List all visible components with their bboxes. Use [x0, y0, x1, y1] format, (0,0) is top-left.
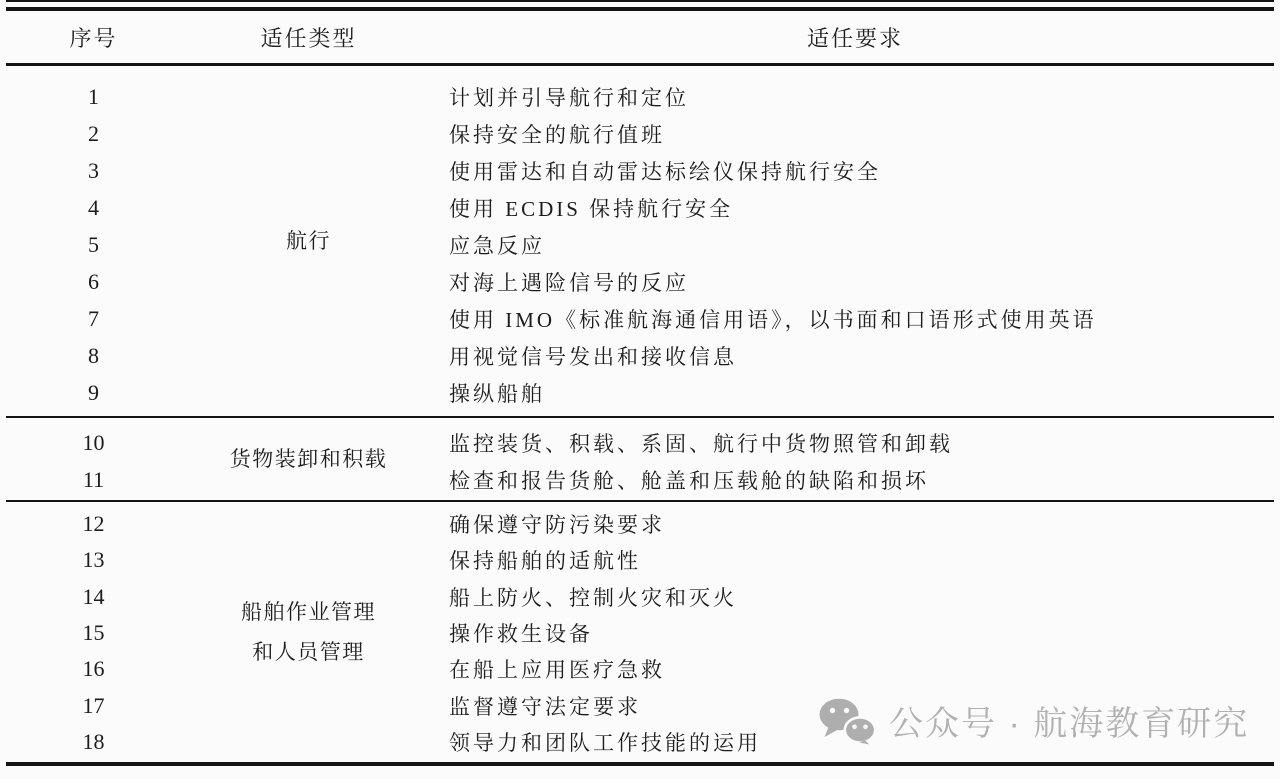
- serial-number-cell: 13: [6, 542, 181, 578]
- serial-number-cell: 17: [6, 687, 181, 723]
- serial-number-cell: 12: [6, 506, 181, 542]
- requirement-cell: 操作救生设备: [436, 615, 1274, 651]
- serial-number-cell: 8: [6, 338, 181, 375]
- serial-number-cell: 7: [6, 301, 181, 338]
- requirement-column: 计划并引导航行和定位保持安全的航行值班使用雷达和自动雷达标绘仪保持航行安全使用 …: [436, 66, 1274, 416]
- requirement-cell: 操纵船舶: [436, 375, 1274, 412]
- requirement-cell: 计划并引导航行和定位: [436, 78, 1274, 115]
- wechat-icon: [818, 697, 876, 745]
- table-section: 1011货物装卸和积载监控装货、积载、系固、航行中货物照管和卸载检查和报告货舱、…: [6, 418, 1274, 500]
- header-serial-number: 序号: [6, 22, 181, 53]
- requirement-cell: 对海上遇险信号的反应: [436, 264, 1274, 301]
- serial-number-cell: 2: [6, 115, 181, 152]
- header-competency-type: 适任类型: [181, 22, 436, 53]
- requirement-cell: 确保遵守防污染要求: [436, 506, 1274, 542]
- requirement-cell: 保持安全的航行值班: [436, 115, 1274, 152]
- requirement-cell: 监控装货、积载、系固、航行中货物照管和卸载: [436, 424, 1274, 461]
- serial-number-cell: 4: [6, 189, 181, 226]
- table-header-row: 序号 适任类型 适任要求: [6, 11, 1274, 63]
- serial-number-column: 1011: [6, 418, 181, 500]
- competency-type-line: 货物装卸和积载: [230, 439, 388, 479]
- watermark-text: 公众号 · 航海教育研究: [889, 696, 1249, 745]
- competency-type-line: 和人员管理: [252, 632, 365, 672]
- header-competency-requirement: 适任要求: [436, 22, 1274, 53]
- serial-number-cell: 6: [6, 264, 181, 301]
- serial-number-cell: 9: [6, 375, 181, 412]
- competency-type-cell: 货物装卸和积载: [181, 418, 436, 500]
- serial-number-column: 123456789: [6, 66, 181, 416]
- competency-type-cell: 航行: [181, 66, 436, 416]
- table-bottom-rule: [6, 762, 1274, 766]
- serial-number-column: 12131415161718: [6, 502, 181, 762]
- competency-type-cell: 船舶作业管理和人员管理: [181, 502, 436, 762]
- serial-number-cell: 18: [6, 724, 181, 760]
- competency-type-line: 船舶作业管理: [241, 592, 376, 632]
- competency-table: 序号 适任类型 适任要求 123456789航行计划并引导航行和定位保持安全的航…: [6, 0, 1274, 766]
- requirement-column: 监控装货、积载、系固、航行中货物照管和卸载检查和报告货舱、舱盖和压载舱的缺陷和损…: [436, 418, 1274, 500]
- table-body: 123456789航行计划并引导航行和定位保持安全的航行值班使用雷达和自动雷达标…: [6, 66, 1274, 762]
- serial-number-cell: 11: [6, 461, 181, 498]
- watermark: 公众号 · 航海教育研究: [818, 696, 1249, 745]
- requirement-cell: 检查和报告货舱、舱盖和压载舱的缺陷和损坏: [436, 461, 1274, 498]
- table-section: 123456789航行计划并引导航行和定位保持安全的航行值班使用雷达和自动雷达标…: [6, 66, 1274, 416]
- requirement-cell: 应急反应: [436, 226, 1274, 263]
- requirement-cell: 保持船舶的适航性: [436, 542, 1274, 578]
- requirement-cell: 使用雷达和自动雷达标绘仪保持航行安全: [436, 152, 1274, 189]
- serial-number-cell: 16: [6, 651, 181, 687]
- requirement-cell: 用视觉信号发出和接收信息: [436, 338, 1274, 375]
- serial-number-cell: 1: [6, 78, 181, 115]
- serial-number-cell: 15: [6, 615, 181, 651]
- competency-type-line: 航行: [286, 221, 331, 261]
- requirement-cell: 使用 ECDIS 保持航行安全: [436, 189, 1274, 226]
- serial-number-cell: 3: [6, 152, 181, 189]
- serial-number-cell: 10: [6, 424, 181, 461]
- requirement-cell: 在船上应用医疗急救: [436, 651, 1274, 687]
- serial-number-cell: 5: [6, 226, 181, 263]
- serial-number-cell: 14: [6, 579, 181, 615]
- requirement-cell: 船上防火、控制火灾和灭火: [436, 579, 1274, 615]
- requirement-cell: 使用 IMO《标准航海通信用语》，以书面和口语形式使用英语: [436, 301, 1274, 338]
